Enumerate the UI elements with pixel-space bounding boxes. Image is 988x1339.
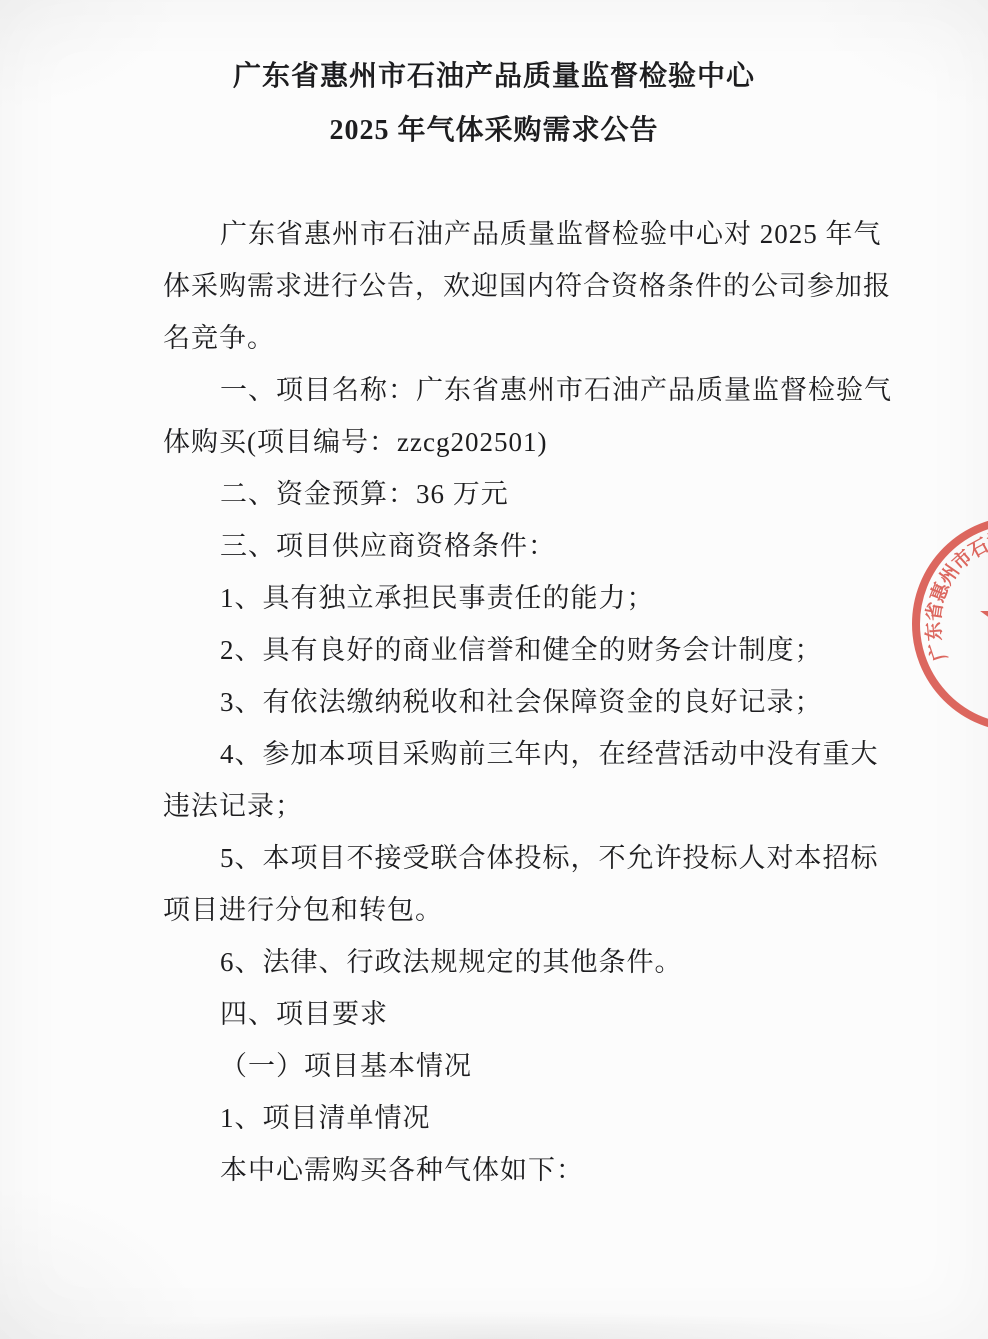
doc-line: 一、项目名称：广东省惠州市石油产品质量监督检验气 — [163, 364, 863, 416]
document-header: 广东省惠州市石油产品质量监督检验中心 2025 年气体采购需求公告 — [0, 58, 988, 150]
doc-line: 2、具有良好的商业信誉和健全的财务会计制度； — [163, 624, 863, 676]
doc-line: 6、法律、行政法规规定的其他条件。 — [163, 936, 863, 988]
scanned-document-page: 广东省惠州市石油产品质量监督检验中心 2025 年气体采购需求公告 广东省惠州市… — [0, 0, 988, 1339]
document-subtitle: 2025 年气体采购需求公告 — [0, 112, 988, 150]
seal-star-icon — [980, 582, 988, 658]
seal-ring — [916, 520, 988, 728]
doc-line: 项目进行分包和转包。 — [163, 884, 863, 936]
doc-line: 违法记录； — [163, 780, 863, 832]
doc-line: 本中心需购买各种气体如下： — [163, 1144, 863, 1196]
doc-line: 三、项目供应商资格条件： — [163, 520, 863, 572]
doc-line: 3、有依法缴纳税收和社会保障资金的良好记录； — [163, 676, 863, 728]
document-body: 广东省惠州市石油产品质量监督检验中心对 2025 年气体采购需求进行公告，欢迎国… — [163, 208, 863, 1196]
doc-line: （一）项目基本情况 — [163, 1040, 863, 1092]
doc-line: 体采购需求进行公告，欢迎国内符合资格条件的公司参加报 — [163, 260, 863, 312]
doc-line: 1、具有独立承担民事责任的能力； — [163, 572, 863, 624]
doc-line: 体购买(项目编号：zzcg202501) — [163, 416, 863, 468]
doc-line: 5、本项目不接受联合体投标，不允许投标人对本招标 — [163, 832, 863, 884]
doc-line: 四、项目要求 — [163, 988, 863, 1040]
document-title: 广东省惠州市石油产品质量监督检验中心 — [0, 58, 988, 96]
doc-line: 二、资金预算：36 万元 — [163, 468, 863, 520]
doc-line: 4、参加本项目采购前三年内，在经营活动中没有重大 — [163, 728, 863, 780]
doc-line: 1、项目清单情况 — [163, 1092, 863, 1144]
doc-line: 广东省惠州市石油产品质量监督检验中心对 2025 年气 — [163, 208, 863, 260]
doc-line: 名竞争。 — [163, 312, 863, 364]
